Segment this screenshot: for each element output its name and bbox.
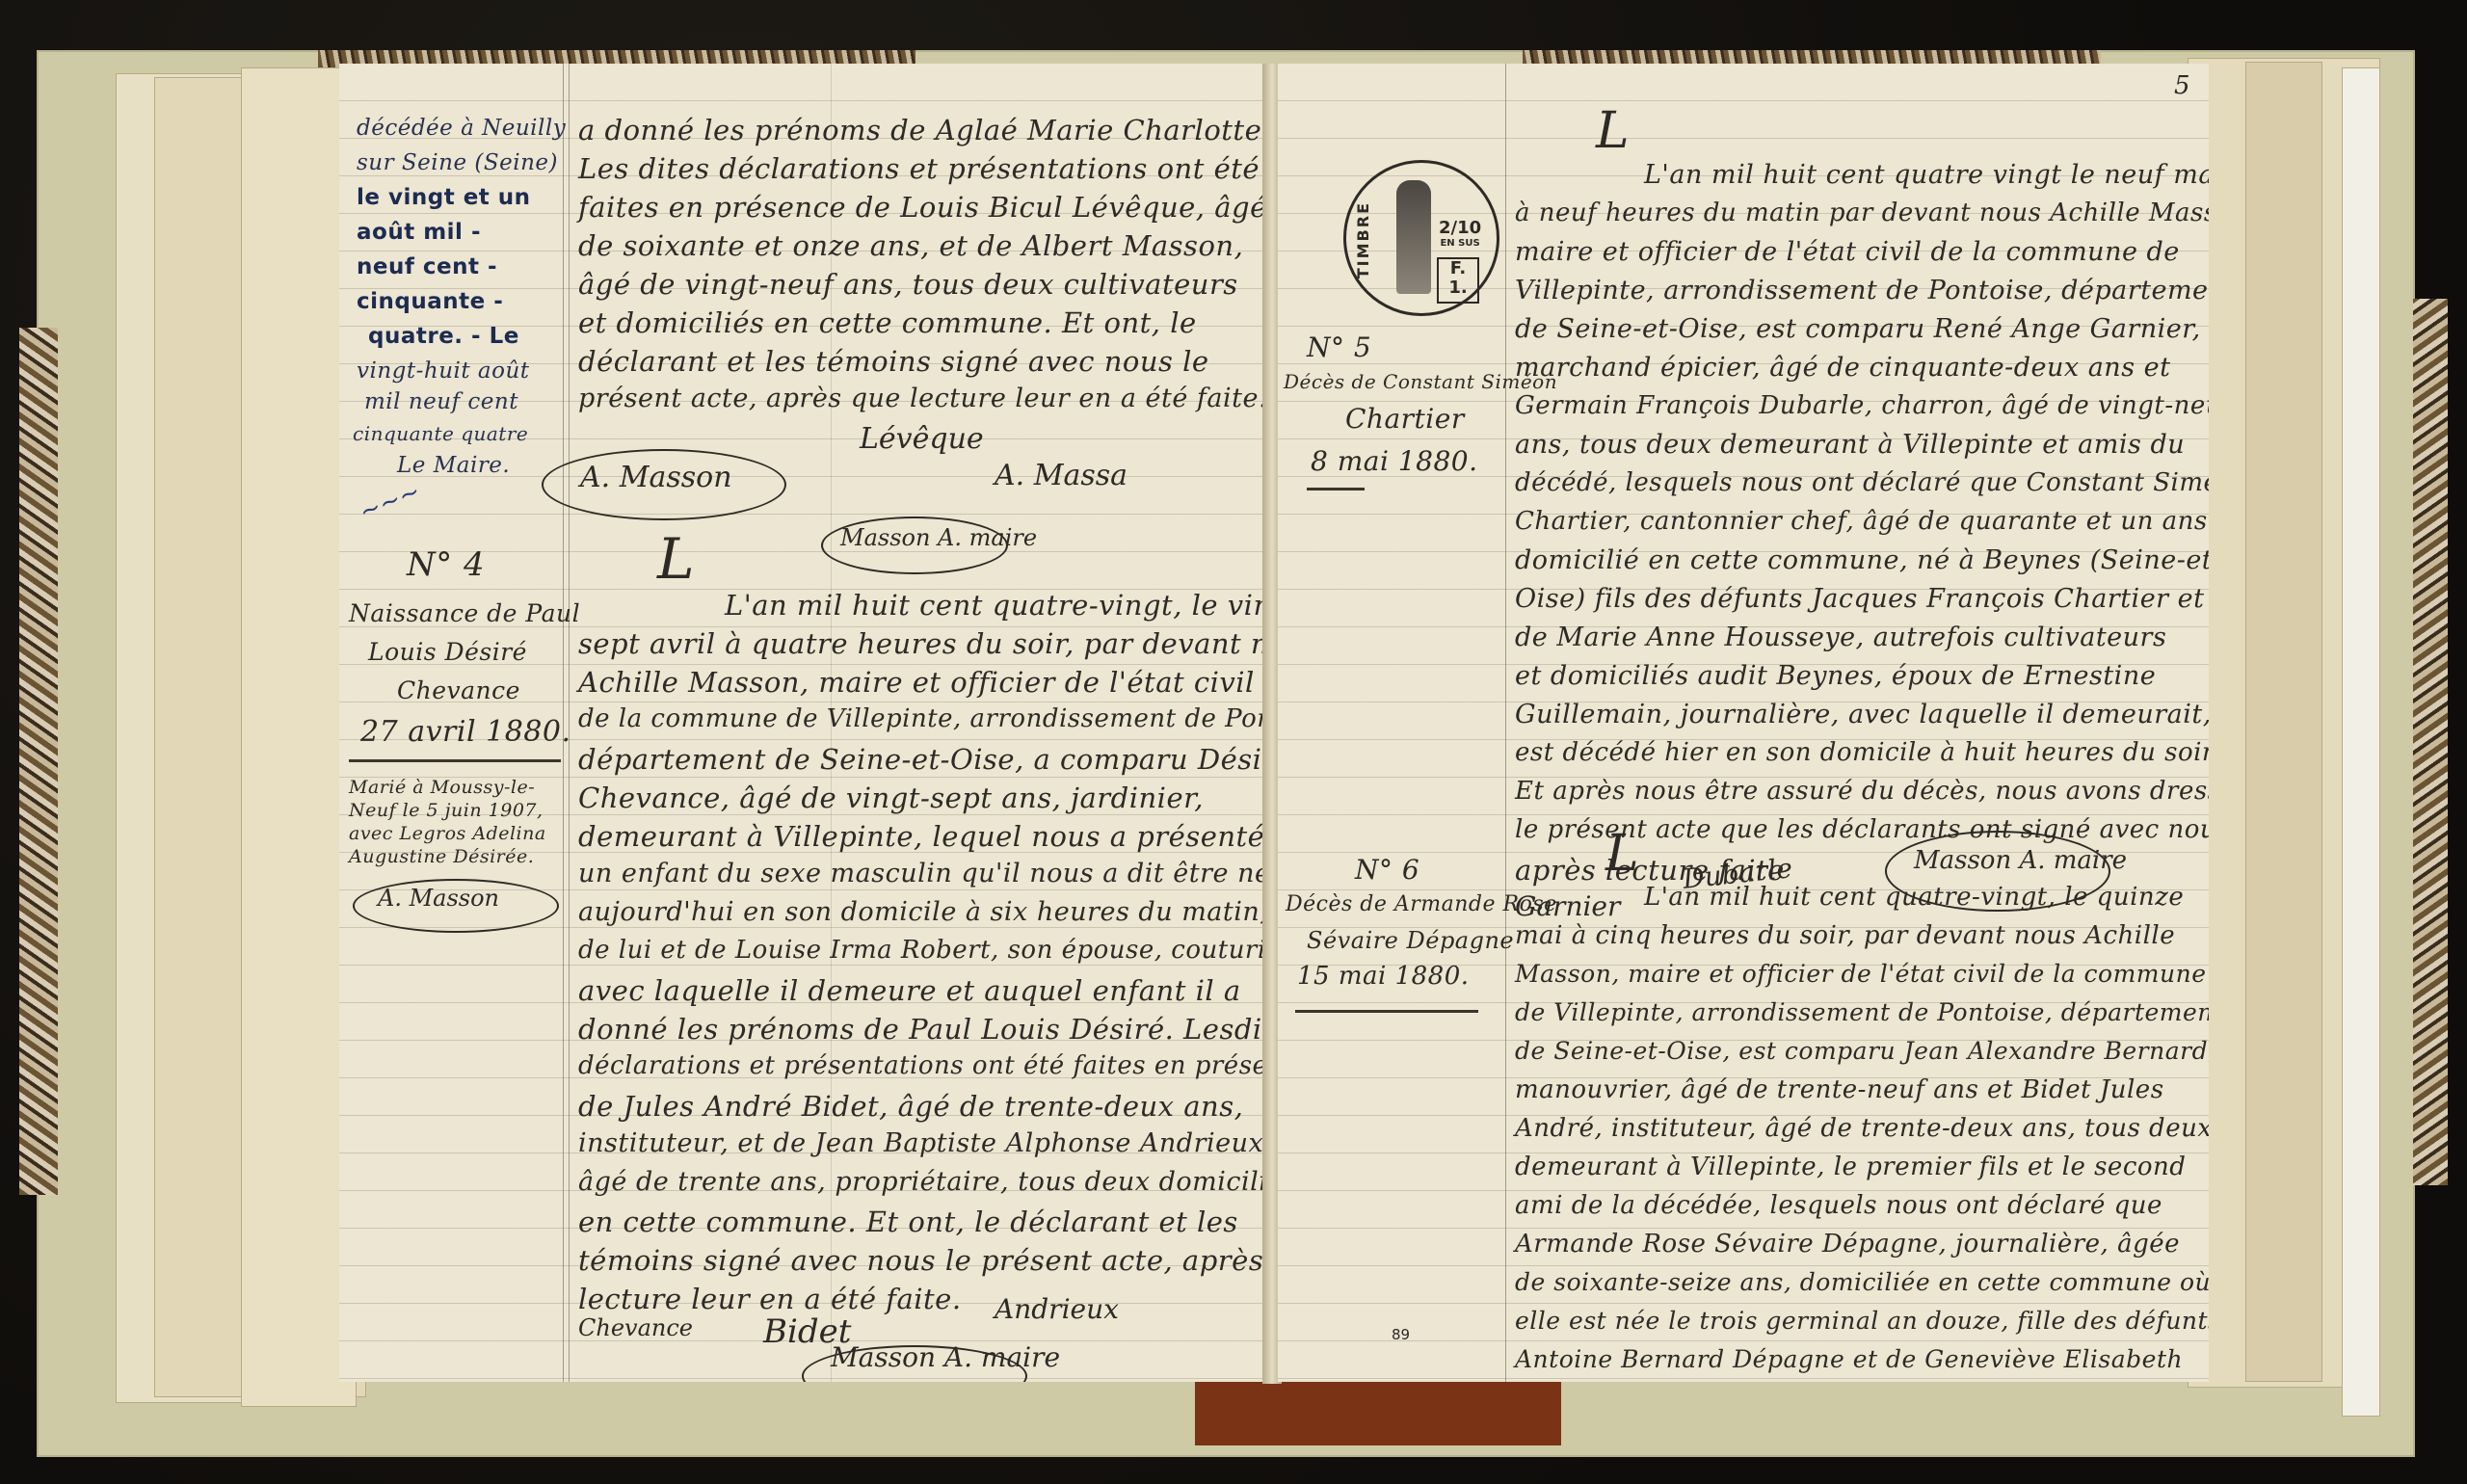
entry-separator	[349, 759, 561, 762]
entry-separator	[1295, 1010, 1478, 1013]
stamp-value: F. 1.	[1437, 257, 1479, 304]
justice-figure-icon	[1396, 180, 1431, 294]
stamp-rate-note: EN SUS	[1439, 236, 1481, 252]
right-page: 5 TIMBRE 2/10EN SUS F. 1. N° 5 Décès de …	[1276, 64, 2209, 1382]
page-stack-right-white	[2342, 67, 2380, 1417]
blue-signature: ~~~	[356, 477, 425, 527]
folio-number: 5	[2174, 71, 2190, 100]
drop-capital: L	[1605, 825, 1639, 883]
stamp-rate: 2/10	[1439, 218, 1481, 238]
margin-rule	[1505, 64, 1506, 1382]
tax-stamp: TIMBRE 2/10EN SUS F. 1.	[1343, 160, 1499, 316]
drop-capital: L	[1596, 102, 1630, 160]
entry-separator	[1307, 488, 1365, 490]
drop-capital: L	[657, 526, 695, 592]
page-stack-right-inner	[2245, 62, 2322, 1382]
stamp-label: TIMBRE	[1354, 201, 1372, 278]
left-page: décédée à Neuilly sur Seine (Seine) le v…	[339, 64, 1266, 1382]
marbled-cover-right	[2413, 299, 2448, 1185]
marbled-cover-left	[19, 328, 58, 1195]
page-number: 89	[1392, 1326, 1410, 1343]
